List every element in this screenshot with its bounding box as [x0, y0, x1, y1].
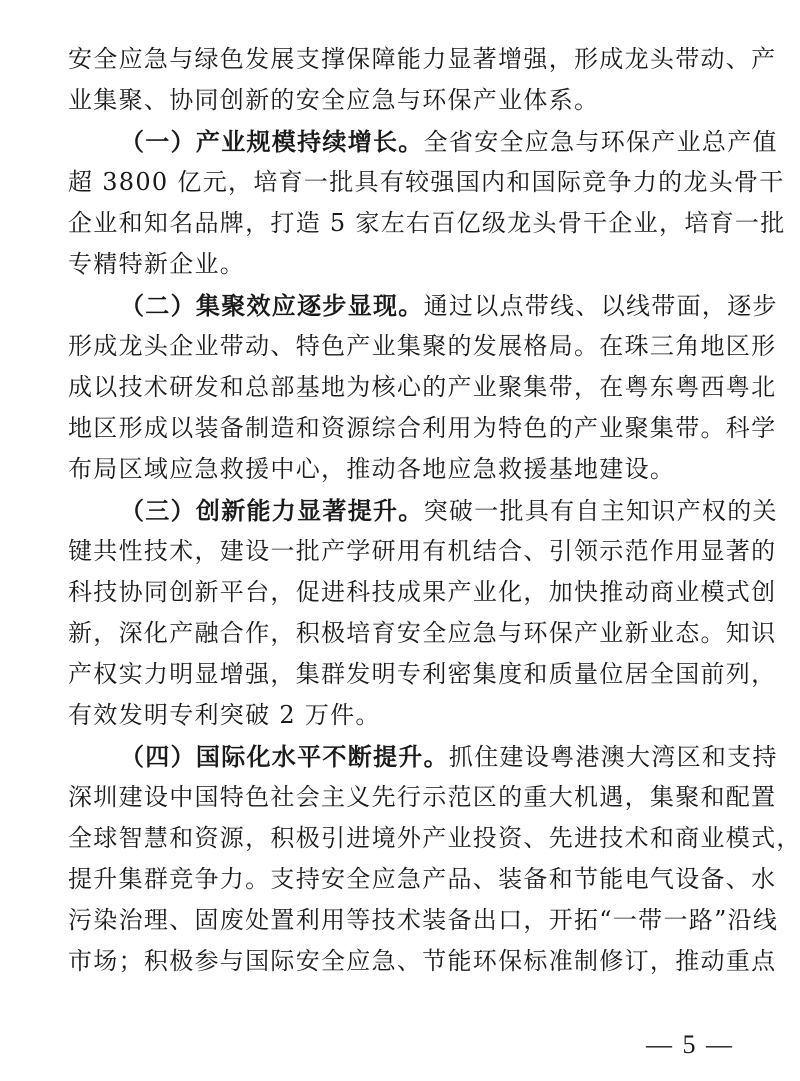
text-line: 市场；积极参与国际安全应急、节能环保标准制修订，推动重点 [68, 941, 740, 982]
paragraph-first-line: （一）产业规模持续增长。全省安全应急与环保产业总产值 [68, 121, 740, 162]
text-line: 安全应急与绿色发展支撑保障能力显著增强，形成龙头带动、产 [68, 39, 740, 80]
text-run: 通过以点带线、以线带面，逐步 [424, 292, 778, 320]
section-heading: （四）国际化水平不断提升。 [120, 742, 449, 771]
text-line: 企业和知名品牌，打造 5 家左右百亿级龙头骨干企业，培育一批 [68, 203, 740, 244]
page-number: — 5 — [640, 1030, 740, 1060]
paragraph-first-line: （三）创新能力显著提升。突破一批具有自主知识产权的关 [68, 490, 740, 531]
text-run: 突破一批具有自主知识产权的关 [424, 497, 778, 525]
text-line: 地区形成以装备制造和资源综合利用为特色的产业聚集带。科学 [68, 408, 740, 449]
text-line: 专精特新企业。 [68, 244, 740, 285]
section-heading: （二）集聚效应逐步显现。 [120, 291, 424, 320]
text-line: 产权实力明显增强，集群发明专利密集度和质量位居全国前列， [68, 654, 740, 695]
text-line: 业集聚、协同创新的安全应急与环保产业体系。 [68, 80, 740, 121]
text-line: 新，深化产融合作，积极培育安全应急与环保产业新业态。知识 [68, 613, 740, 654]
text-line: 键共性技术，建设一批产学研用有机结合、引领示范作用显著的 [68, 531, 740, 572]
text-line: 科技协同创新平台，促进科技成果产业化，加快推动商业模式创 [68, 572, 740, 613]
text-line: 提升集群竞争力。支持安全应急产品、装备和节能电气设备、水 [68, 859, 740, 900]
paragraph-first-line: （四）国际化水平不断提升。抓住建设粤港澳大湾区和支持 [68, 736, 740, 777]
text-line: 深圳建设中国特色社会主义先行示范区的重大机遇，集聚和配置 [68, 777, 740, 818]
text-run: 抓住建设粤港澳大湾区和支持 [449, 743, 778, 771]
section-heading: （一）产业规模持续增长。 [120, 127, 424, 156]
text-line: 形成龙头企业带动、特色产业集聚的发展格局。在珠三角地区形 [68, 326, 740, 367]
text-line: 污染治理、固废处置利用等技术装备出口，开拓“一带一路”沿线 [68, 900, 740, 941]
document-page: 安全应急与绿色发展支撑保障能力显著增强，形成龙头带动、产 业集聚、协同创新的安全… [0, 0, 800, 1081]
text-run: 全省安全应急与环保产业总产值 [424, 128, 778, 156]
text-line: 有效发明专利突破 2 万件。 [68, 695, 740, 736]
text-line: 全球智慧和资源，积极引进境外产业投资、先进技术和商业模式， [68, 818, 740, 859]
document-body: 安全应急与绿色发展支撑保障能力显著增强，形成龙头带动、产 业集聚、协同创新的安全… [68, 39, 740, 982]
paragraph-first-line: （二）集聚效应逐步显现。通过以点带线、以线带面，逐步 [68, 285, 740, 326]
text-line: 布局区域应急救援中心，推动各地应急救援基地建设。 [68, 449, 740, 490]
text-line: 成以技术研发和总部基地为核心的产业聚集带，在粤东粤西粤北 [68, 367, 740, 408]
section-heading: （三）创新能力显著提升。 [120, 496, 424, 525]
text-line: 超 3800 亿元，培育一批具有较强国内和国际竞争力的龙头骨干 [68, 162, 740, 203]
